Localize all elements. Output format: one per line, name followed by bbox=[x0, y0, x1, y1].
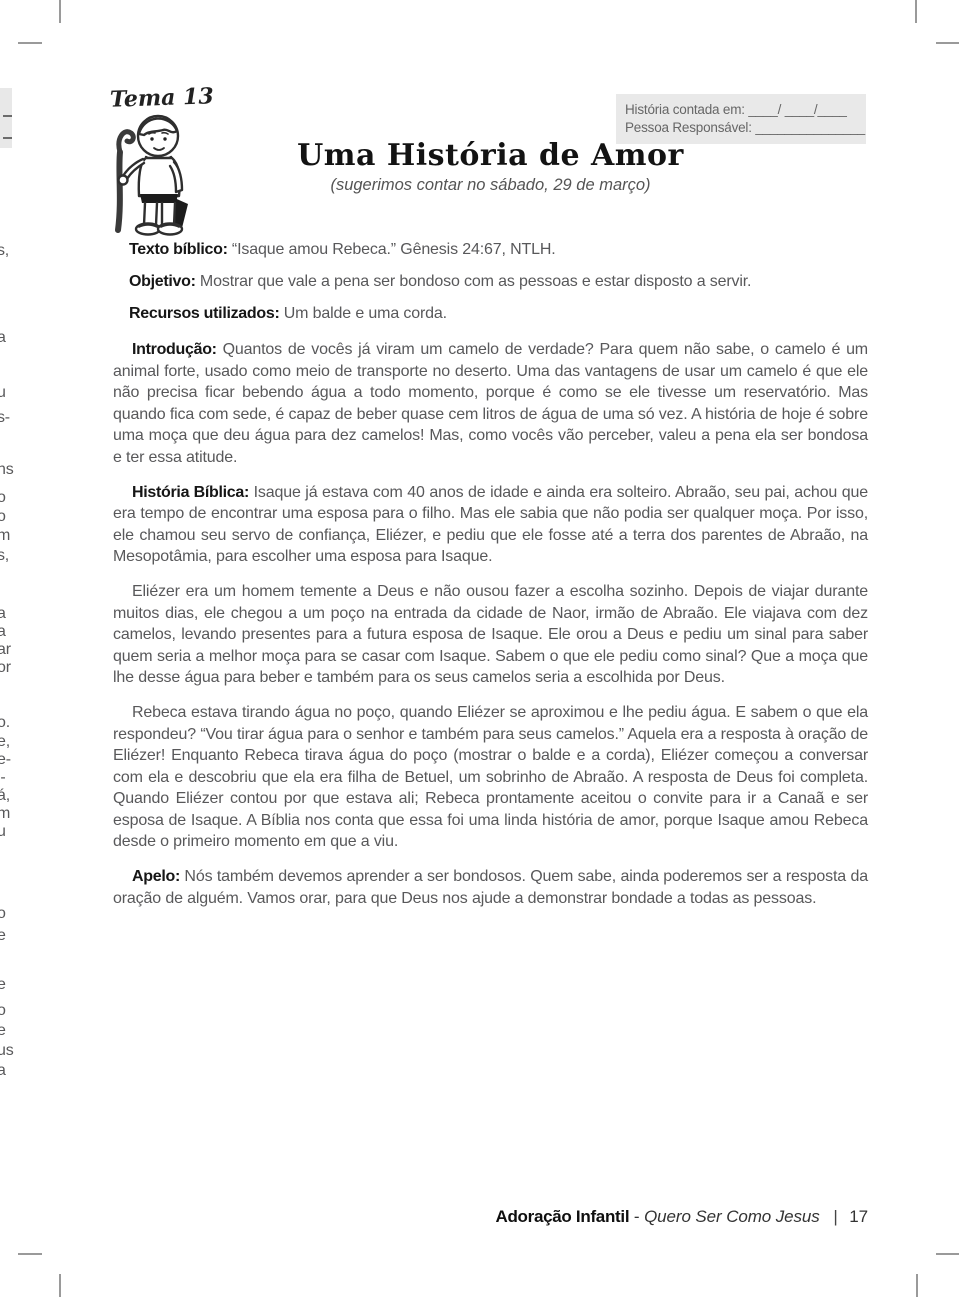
edge-fragment: o bbox=[0, 490, 6, 506]
edge-fragment: o bbox=[0, 1003, 6, 1019]
crop-mark-bottom-left-vertical bbox=[59, 1274, 61, 1297]
story-paragraph-3: Rebeca estava tirando água no poço, quan… bbox=[113, 702, 868, 853]
bible-story-label: História Bíblica: bbox=[132, 484, 249, 501]
bible-text-line: Texto bíblico: “Isaque amou Rebeca.” Gên… bbox=[129, 239, 868, 260]
footer-dash: - bbox=[634, 1207, 640, 1226]
facing-page-line-remnant bbox=[3, 137, 12, 139]
bible-text-label: Texto bíblico: bbox=[129, 241, 228, 258]
bible-text-value: “Isaque amou Rebeca.” Gênesis 24:67, NTL… bbox=[228, 241, 556, 258]
edge-fragment: e bbox=[0, 928, 6, 944]
footer-series-name: Adoração Infantil bbox=[496, 1207, 630, 1226]
edge-fragment: a bbox=[0, 606, 6, 622]
edge-fragment: m bbox=[0, 528, 10, 544]
crop-mark-top-right-vertical bbox=[915, 0, 917, 23]
page-footer: Adoração Infantil - Quero Ser Como Jesus… bbox=[113, 1207, 868, 1227]
edge-fragment: us bbox=[0, 1043, 14, 1059]
edge-fragment: ns bbox=[0, 462, 14, 478]
footer-separator: | bbox=[833, 1207, 837, 1226]
edge-fragment: . bbox=[0, 947, 1, 963]
bible-story-paragraph: História Bíblica: Isaque já estava com 4… bbox=[113, 482, 868, 568]
edge-fragment: u bbox=[0, 824, 6, 840]
footer-page-number: 17 bbox=[849, 1207, 868, 1226]
edge-fragment: o bbox=[0, 906, 6, 922]
crop-mark-bottom-right-vertical bbox=[916, 1274, 918, 1297]
facing-page-box-remnant bbox=[0, 88, 12, 148]
page-subtitle: (sugerimos contar no sábado, 29 de março… bbox=[113, 176, 868, 195]
story-paragraph-2: Eliézer era um homem temente a Deus e nã… bbox=[113, 581, 868, 689]
responsible-person-line: Pessoa Responsável: _______________ bbox=[625, 119, 857, 137]
edge-fragment: e- bbox=[0, 752, 11, 768]
edge-fragment: u bbox=[0, 385, 6, 401]
edge-fragment: ar bbox=[0, 642, 11, 658]
footer-series-subtitle: Quero Ser Como Jesus bbox=[644, 1207, 820, 1226]
edge-fragment: a bbox=[0, 624, 6, 640]
crop-mark-top-left-vertical bbox=[59, 0, 61, 23]
edge-fragment: e bbox=[0, 1023, 6, 1039]
edge-fragment: s, bbox=[0, 243, 9, 259]
resources-line: Recursos utilizados: Um balde e uma cord… bbox=[129, 303, 868, 324]
edge-fragment: i- bbox=[0, 770, 5, 786]
resources-label: Recursos utilizados: bbox=[129, 305, 279, 322]
appeal-paragraph: Apelo: Nós também devemos aprender a ser… bbox=[113, 866, 868, 909]
document-page: { "page": { "tema": "Tema 13", "form_box… bbox=[0, 0, 960, 1297]
edge-fragment: a bbox=[0, 1063, 6, 1079]
introduction-label: Introdução: bbox=[132, 341, 217, 358]
objective-value: Mostrar que vale a pena ser bondoso com … bbox=[196, 273, 752, 290]
story-told-on-line: História contada em: ____/ ____/____ bbox=[625, 101, 857, 119]
edge-fragment: s- bbox=[0, 410, 10, 426]
introduction-paragraph: Introdução: Quantos de vocês já viram um… bbox=[113, 339, 868, 469]
crop-mark-top-right-horizontal bbox=[936, 42, 959, 44]
edge-fragment: e, bbox=[0, 734, 10, 750]
story-paragraph-3-text: Rebeca estava tirando água no poço, quan… bbox=[113, 704, 868, 851]
edge-fragment: á, bbox=[0, 788, 10, 804]
appeal-text: Nós também devemos aprender a ser bondos… bbox=[113, 868, 868, 907]
crop-mark-top-left-horizontal bbox=[18, 42, 42, 44]
objective-line: Objetivo: Mostrar que vale a pena ser bo… bbox=[129, 271, 868, 292]
crop-mark-bottom-left-horizontal bbox=[18, 1253, 42, 1255]
appeal-label: Apelo: bbox=[132, 868, 180, 885]
edge-fragment: m bbox=[0, 806, 10, 822]
resources-value: Um balde e uma corda. bbox=[279, 305, 446, 322]
story-record-box: História contada em: ____/ ____/____ Pes… bbox=[616, 94, 866, 144]
edge-fragment: e bbox=[0, 977, 6, 993]
edge-fragment: s, bbox=[0, 548, 9, 564]
edge-fragment: o bbox=[0, 509, 6, 525]
edge-fragment: or bbox=[0, 660, 11, 676]
objective-label: Objetivo: bbox=[129, 273, 196, 290]
facing-page-line-remnant bbox=[3, 115, 12, 117]
introduction-text: Quantos de vocês já viram um camelo de v… bbox=[113, 341, 868, 466]
page-title: Uma História de Amor bbox=[113, 139, 868, 173]
lesson-content: Texto bíblico: “Isaque amou Rebeca.” Gên… bbox=[113, 239, 868, 922]
edge-fragment: a bbox=[0, 330, 6, 346]
story-paragraph-2-text: Eliézer era um homem temente a Deus e nã… bbox=[113, 583, 868, 686]
crop-mark-bottom-right-horizontal bbox=[936, 1253, 959, 1255]
edge-fragment: o. bbox=[0, 715, 10, 731]
